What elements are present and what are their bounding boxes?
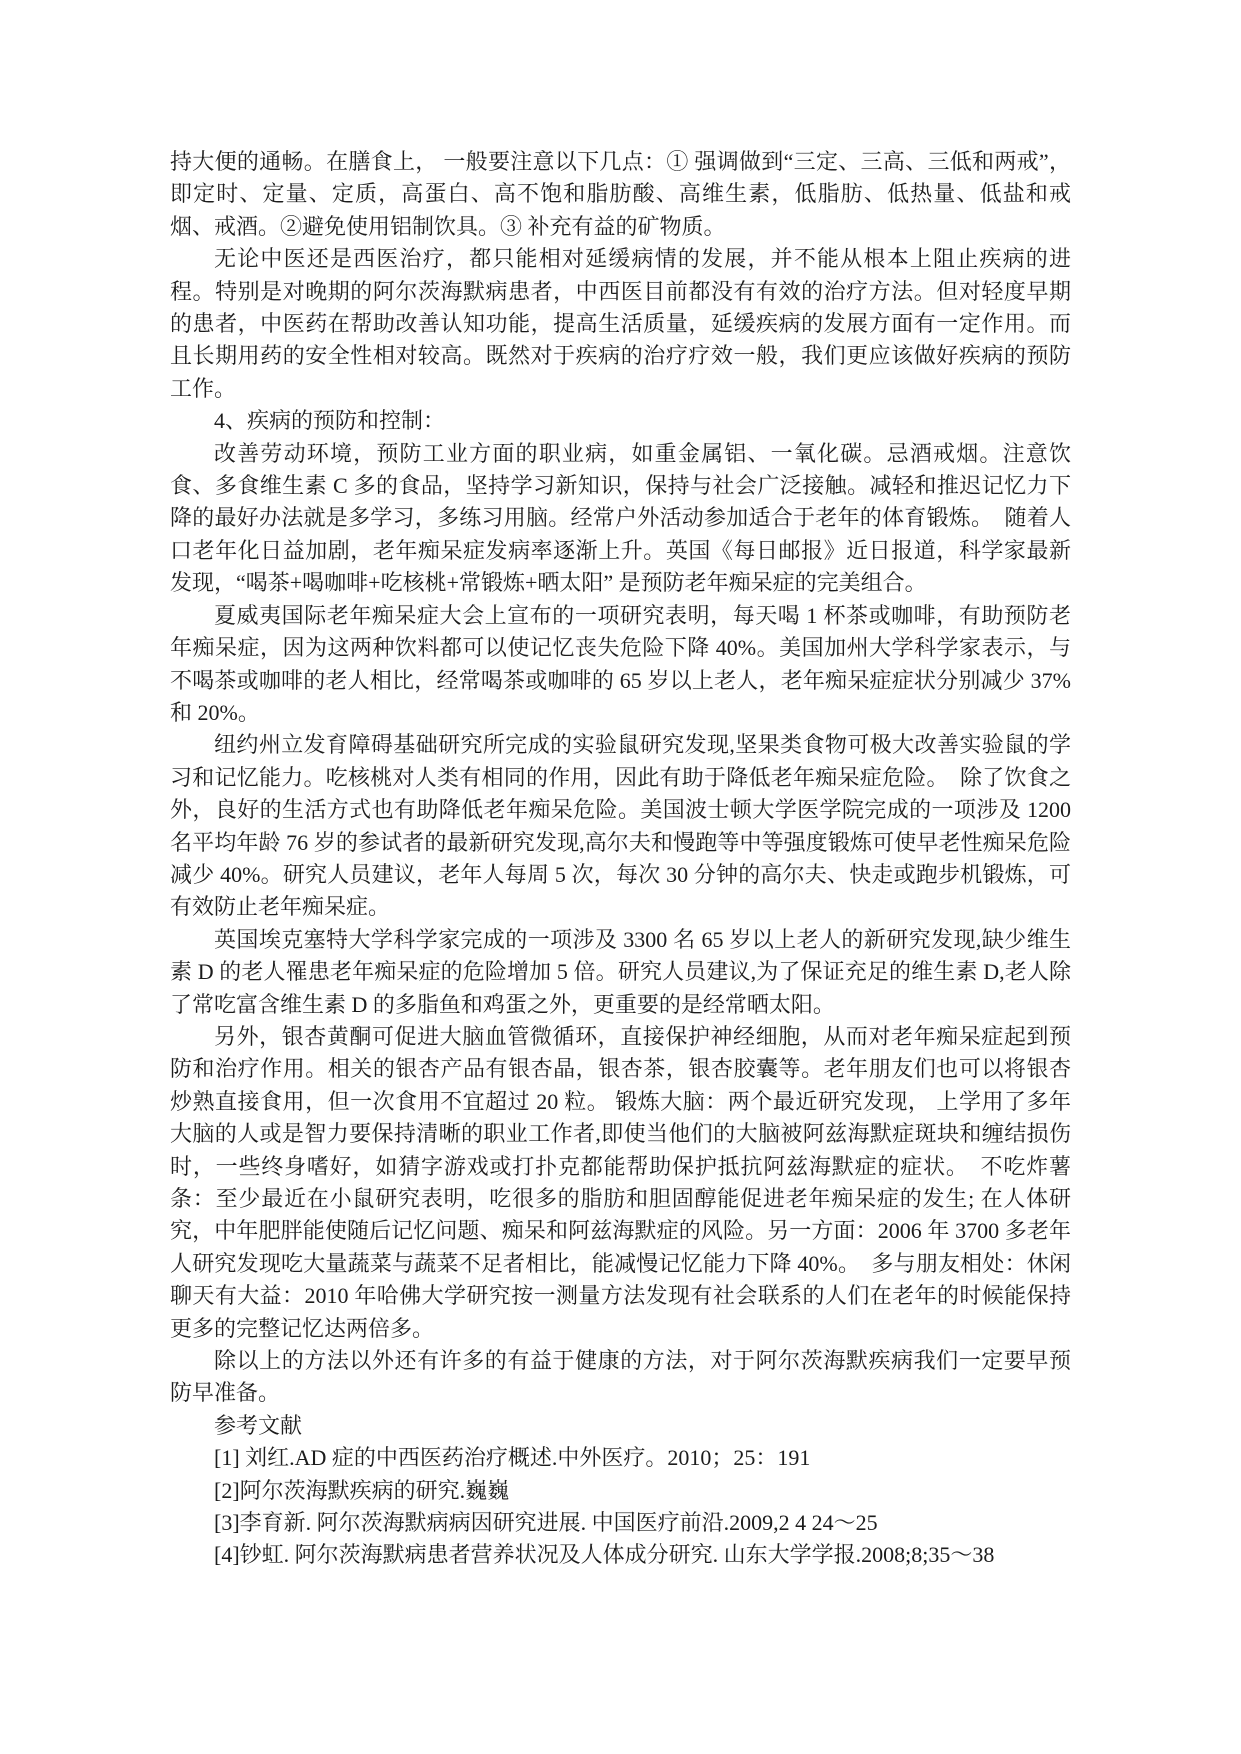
section-heading-prevention-control: 4、疾病的预防和控制：: [170, 405, 1071, 437]
paragraph-ginkgo-brain-training: 另外，银杏黄酮可促进大脑血管微循环，直接保护神经细胞，从而对老年痴呆症起到预防和…: [170, 1021, 1071, 1345]
paragraph-hawaii-tea-coffee-study: 夏威夷国际老年痴呆症大会上宣布的一项研究表明，每天喝 1 杯茶或咖啡，有助预防老…: [170, 600, 1071, 730]
document-page: 持大便的通畅。在膳食上， 一般要注意以下几点：① 强调做到“三定、三高、三低和两…: [0, 0, 1241, 1754]
reference-item-4: [4]钞虹. 阿尔茨海默病患者营养状况及人体成分研究. 山东大学学报.2008;…: [170, 1539, 1071, 1571]
paragraph-treatment-limitations: 无论中医还是西医治疗，都只能相对延缓病情的发展，并不能从根本上阻止疾病的进程。特…: [170, 243, 1071, 405]
reference-item-1: [1] 刘红.AD 症的中西医药治疗概述.中外医疗。2010；25：191: [170, 1442, 1071, 1474]
paragraph-prevention-measures: 改善劳动环境，预防工业方面的职业病，如重金属铝、一氧化碳。忌酒戒烟。注意饮食、多…: [170, 438, 1071, 600]
reference-item-3: [3]李育新. 阿尔茨海默病病因研究进展. 中国医疗前沿.2009,2 4 24…: [170, 1507, 1071, 1539]
paragraph-diet-advice: 持大便的通畅。在膳食上， 一般要注意以下几点：① 强调做到“三定、三高、三低和两…: [170, 146, 1071, 243]
reference-item-2: [2]阿尔茨海默疾病的研究.巍巍: [170, 1475, 1071, 1507]
paragraph-vitamin-d-study: 英国埃克塞特大学科学家完成的一项涉及 3300 名 65 岁以上老人的新研究发现…: [170, 924, 1071, 1021]
document-text-block: 持大便的通畅。在膳食上， 一般要注意以下几点：① 强调做到“三定、三高、三低和两…: [170, 146, 1071, 1572]
paragraph-nuts-exercise-study: 纽约州立发育障碍基础研究所完成的实验鼠研究发现,坚果类食物可极大改善实验鼠的学习…: [170, 729, 1071, 923]
paragraph-conclusion: 除以上的方法以外还有许多的有益于健康的方法，对于阿尔茨海默疾病我们一定要早预防早…: [170, 1345, 1071, 1410]
references-heading: 参考文献: [170, 1410, 1071, 1442]
